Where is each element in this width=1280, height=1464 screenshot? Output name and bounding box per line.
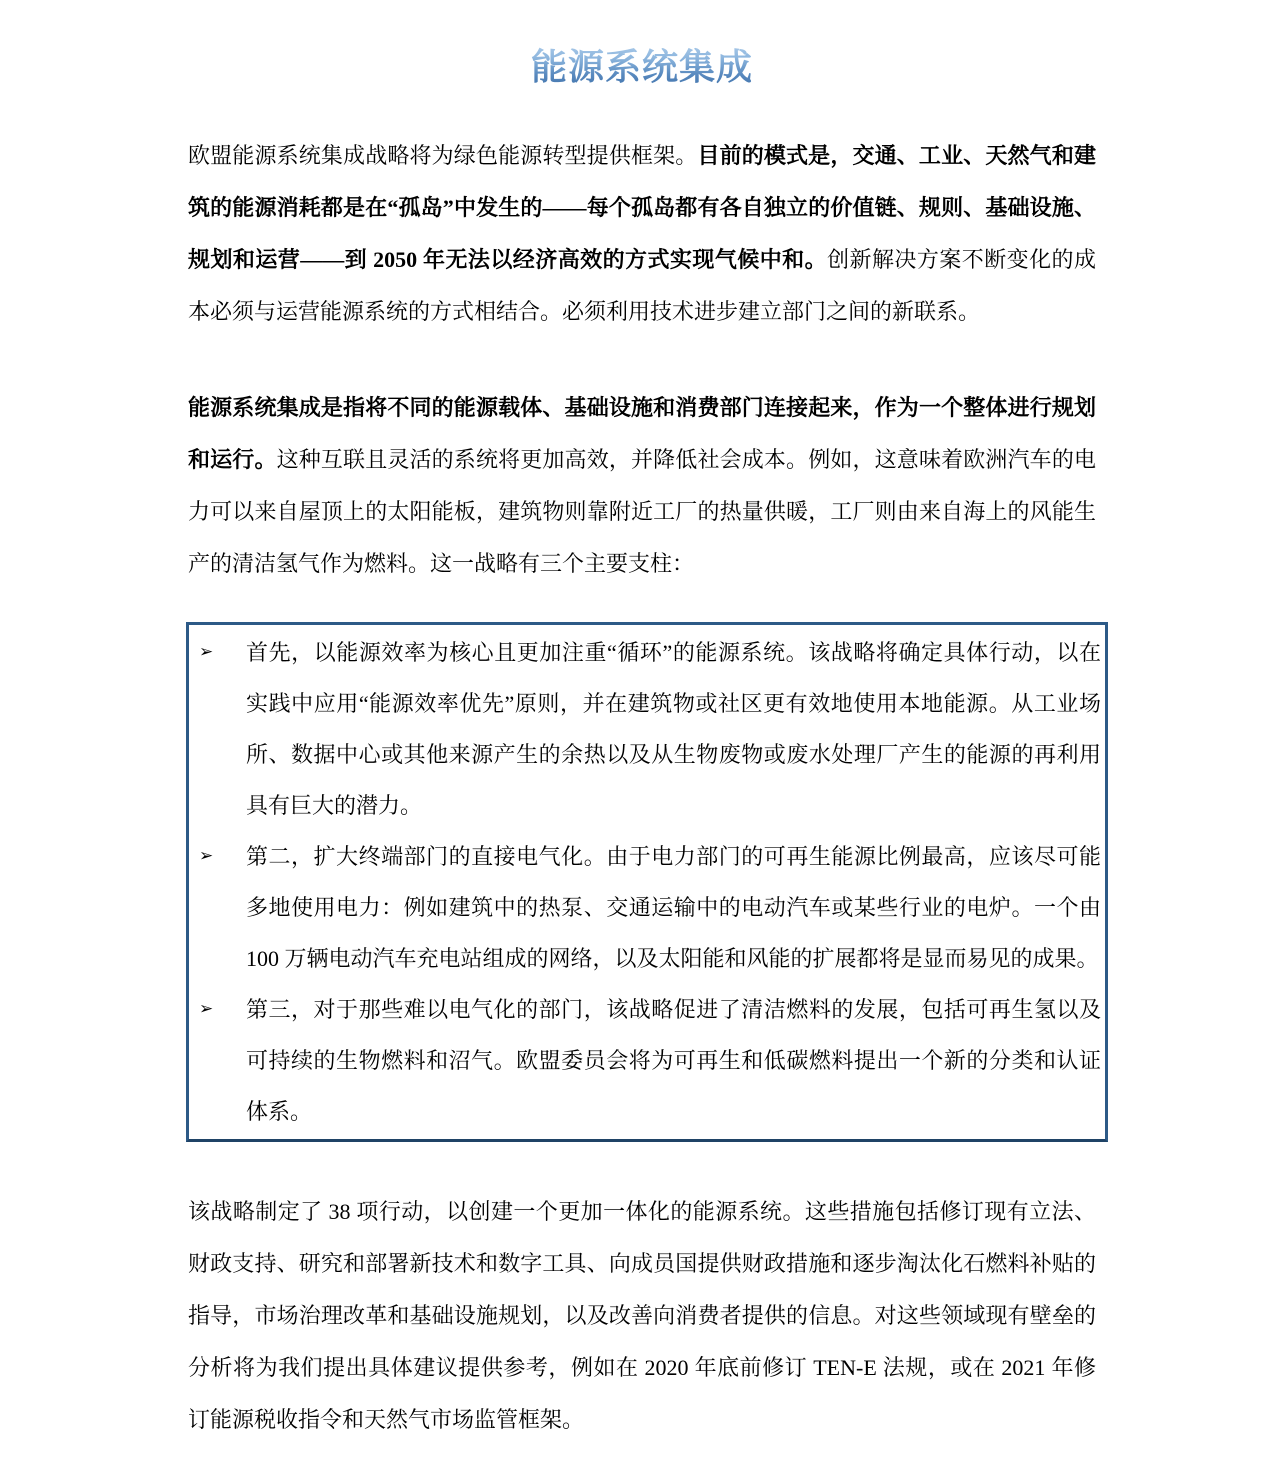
bullet-text: 第二，扩大终端部门的直接电气化。由于电力部门的可再生能源比例最高，应该尽可能多地…: [246, 831, 1101, 984]
list-item: ➢ 首先，以能源效率为核心且更加注重“循环”的能源系统。该战略将确定具体行动，以…: [199, 627, 1101, 831]
text-run: 该战略制定了 38 项行动，以创建一个更加一体化的能源系统。这些措施包括修订现有…: [188, 1199, 1096, 1432]
list-item: ➢ 第二，扩大终端部门的直接电气化。由于电力部门的可再生能源比例最高，应该尽可能…: [199, 831, 1101, 984]
intro-paragraph: 欧盟能源系统集成战略将为绿色能源转型提供框架。目前的模式是，交通、工业、天然气和…: [188, 130, 1096, 338]
document-page: 能源系统集成 欧盟能源系统集成战略将为绿色能源转型提供框架。目前的模式是，交通、…: [0, 0, 1280, 1464]
arrow-bullet-icon: ➢: [199, 984, 246, 1035]
text-run: 这种互联且灵活的系统将更加高效，并降低社会成本。例如，这意味着欧洲汽车的电力可以…: [188, 447, 1096, 576]
actions-paragraph: 该战略制定了 38 项行动，以创建一个更加一体化的能源系统。这些措施包括修订现有…: [188, 1186, 1096, 1446]
pillars-box: ➢ 首先，以能源效率为核心且更加注重“循环”的能源系统。该战略将确定具体行动，以…: [186, 622, 1108, 1142]
bullet-text: 第三，对于那些难以电气化的部门，该战略促进了清洁燃料的发展，包括可再生氢以及可持…: [246, 984, 1101, 1137]
definition-paragraph: 能源系统集成是指将不同的能源载体、基础设施和消费部门连接起来，作为一个整体进行规…: [188, 382, 1096, 590]
arrow-bullet-icon: ➢: [199, 627, 246, 678]
bullet-text: 首先，以能源效率为核心且更加注重“循环”的能源系统。该战略将确定具体行动，以在实…: [246, 627, 1101, 831]
list-item: ➢ 第三，对于那些难以电气化的部门，该战略促进了清洁燃料的发展，包括可再生氢以及…: [199, 984, 1101, 1137]
arrow-bullet-icon: ➢: [199, 831, 246, 882]
text-run: 欧盟能源系统集成战略将为绿色能源转型提供框架。: [188, 143, 697, 168]
page-title: 能源系统集成: [188, 38, 1096, 96]
document-content: 能源系统集成 欧盟能源系统集成战略将为绿色能源转型提供框架。目前的模式是，交通、…: [188, 38, 1096, 1446]
